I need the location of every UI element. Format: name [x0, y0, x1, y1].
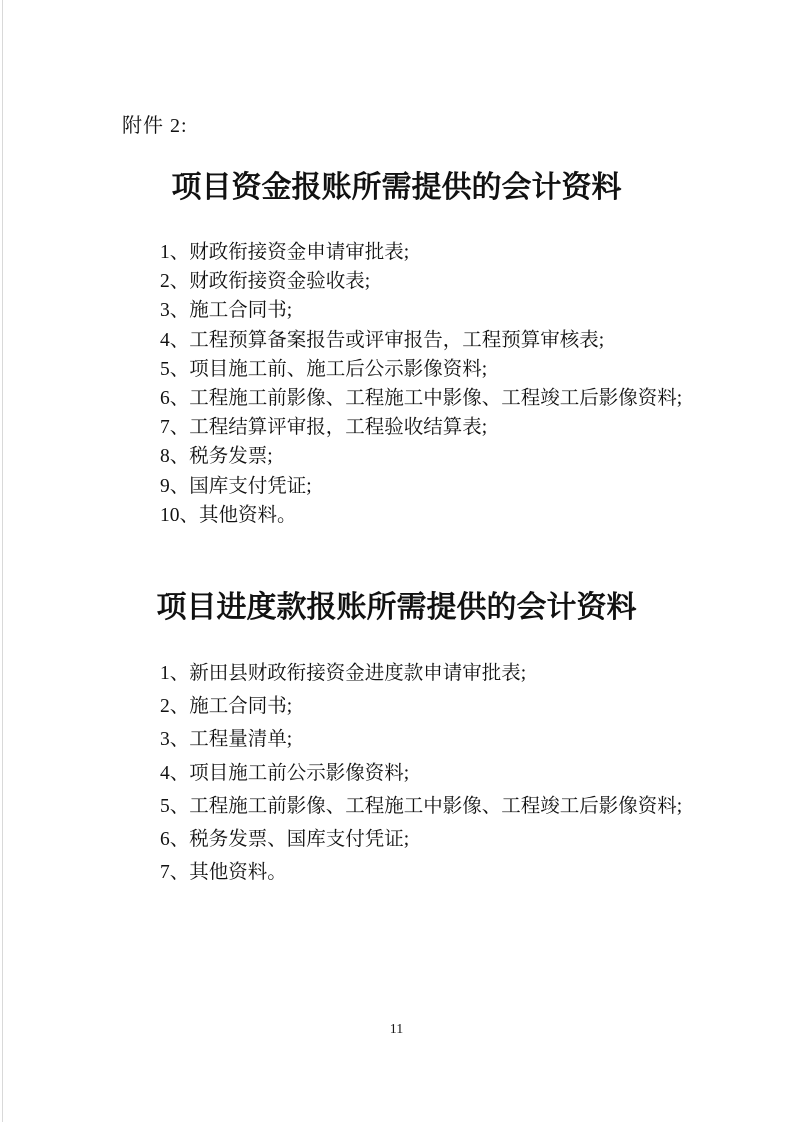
list-item: 1、财政衔接资金申请审批表; — [160, 238, 682, 267]
list-item: 3、施工合同书; — [160, 296, 682, 325]
page-edge-line — [2, 0, 3, 1122]
list-item: 9、国库支付凭证; — [160, 472, 682, 501]
list-item: 4、工程预算备案报告或评审报告，工程预算审核表; — [160, 326, 682, 355]
list-item: 4、项目施工前公示影像资料; — [160, 757, 682, 790]
document-page: 附件 2: 项目资金报账所需提供的会计资料 1、财政衔接资金申请审批表; 2、财… — [0, 0, 793, 1122]
list-item: 3、工程量清单; — [160, 723, 682, 756]
section-2-list: 1、新田县财政衔接资金进度款申请审批表; 2、施工合同书; 3、工程量清单; 4… — [160, 657, 682, 889]
list-item: 2、施工合同书; — [160, 690, 682, 723]
section-2-title: 项目进度款报账所需提供的会计资料 — [0, 591, 793, 625]
section-1-title: 项目资金报账所需提供的会计资料 — [0, 171, 793, 205]
list-item: 8、税务发票; — [160, 442, 682, 471]
list-item: 6、税务发票、国库支付凭证; — [160, 823, 682, 856]
list-item: 7、其他资料。 — [160, 856, 682, 889]
list-item: 10、其他资料。 — [160, 501, 682, 530]
attachment-label: 附件 2: — [122, 114, 188, 138]
list-item: 2、财政衔接资金验收表; — [160, 267, 682, 296]
page-number: 11 — [0, 1022, 793, 1038]
section-1-list: 1、财政衔接资金申请审批表; 2、财政衔接资金验收表; 3、施工合同书; 4、工… — [160, 238, 682, 530]
list-item: 7、工程结算评审报，工程验收结算表; — [160, 413, 682, 442]
list-item: 1、新田县财政衔接资金进度款申请审批表; — [160, 657, 682, 690]
list-item: 5、项目施工前、施工后公示影像资料; — [160, 355, 682, 384]
list-item: 5、工程施工前影像、工程施工中影像、工程竣工后影像资料; — [160, 790, 682, 823]
list-item: 6、工程施工前影像、工程施工中影像、工程竣工后影像资料; — [160, 384, 682, 413]
